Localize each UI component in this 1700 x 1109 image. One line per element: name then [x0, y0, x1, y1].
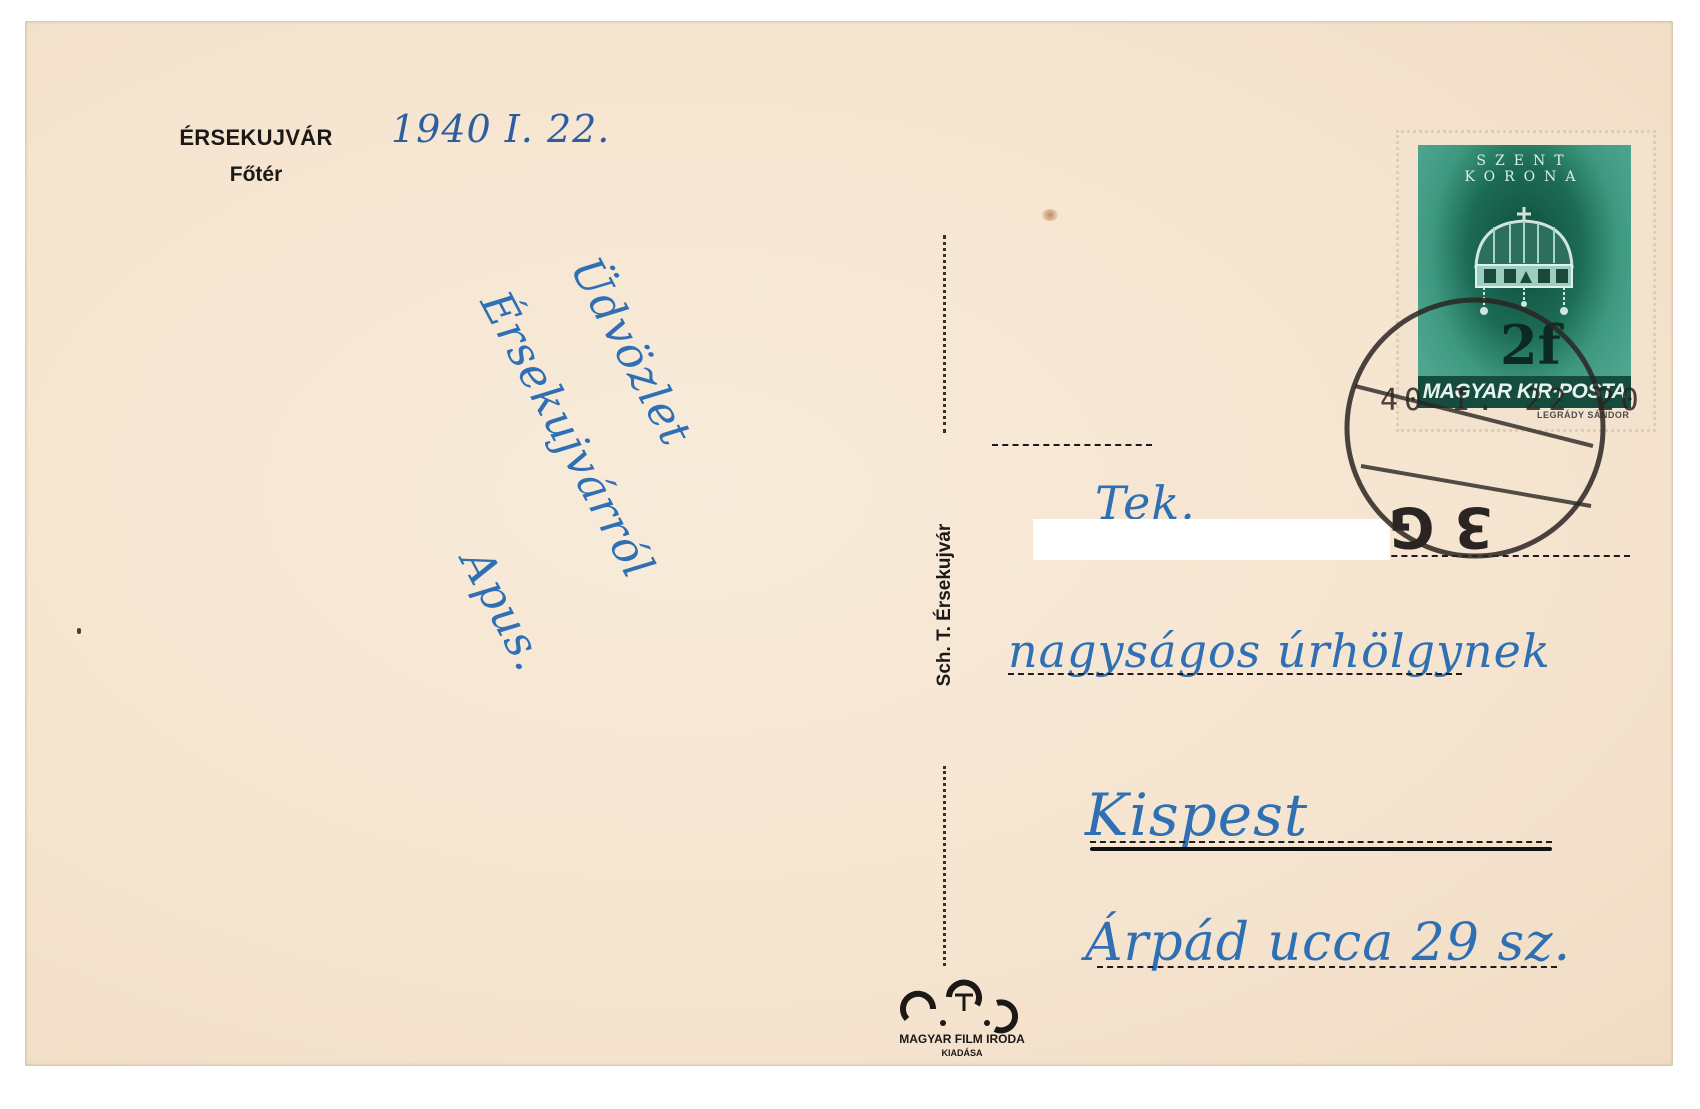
- address-street: Árpád ucca 29 sz.: [1085, 913, 1571, 973]
- printed-location-subtitle: Főtér: [158, 163, 354, 187]
- holy-crown-icon: [1464, 205, 1584, 315]
- redaction-box: [1033, 519, 1390, 560]
- stamp-denomination: 2f: [1500, 313, 1561, 377]
- postmark-code: 3 G: [1389, 494, 1493, 559]
- address-city: Kispest: [1085, 781, 1308, 849]
- paper-stain: [1042, 209, 1058, 221]
- address-line-2: [1008, 673, 1462, 675]
- address-line-3: [1090, 841, 1552, 843]
- stamp-top-text: SZENT KORONA: [1418, 153, 1631, 185]
- publisher-imprint: Sch. T. Érsekujvár: [934, 524, 956, 687]
- postmark-date: 40 I. 22 20: [1380, 383, 1645, 418]
- publisher-logo: MAGYAR FILM IRODA KIADÁSA: [887, 979, 1037, 1059]
- paper-speck: [77, 628, 81, 634]
- address-line-0: [992, 444, 1152, 446]
- greeting-signature: Apus.: [450, 541, 556, 680]
- handwritten-date: 1940 I. 22.: [391, 107, 610, 151]
- logo-sub-text: KIADÁSA: [941, 1048, 983, 1058]
- address-line-4: [1097, 966, 1557, 968]
- printed-location-title: ÉRSEKUJVÁR: [158, 125, 354, 151]
- address-line-2-text: nagyságos úrhölgynek: [1008, 624, 1551, 678]
- postcard-back: ÉRSEKUJVÁR Főtér 1940 I. 22. Üdvözlet Ér…: [25, 21, 1673, 1066]
- logo-arc-text: MAGYAR FILM IRODA: [899, 1032, 1025, 1046]
- center-divider-top: [943, 235, 946, 433]
- center-divider-bottom: [943, 766, 946, 966]
- postage-stamp: SZENT KORONA 2f MAGYAR KIR·POSTA: [1418, 145, 1631, 408]
- city-underline: [1090, 847, 1552, 851]
